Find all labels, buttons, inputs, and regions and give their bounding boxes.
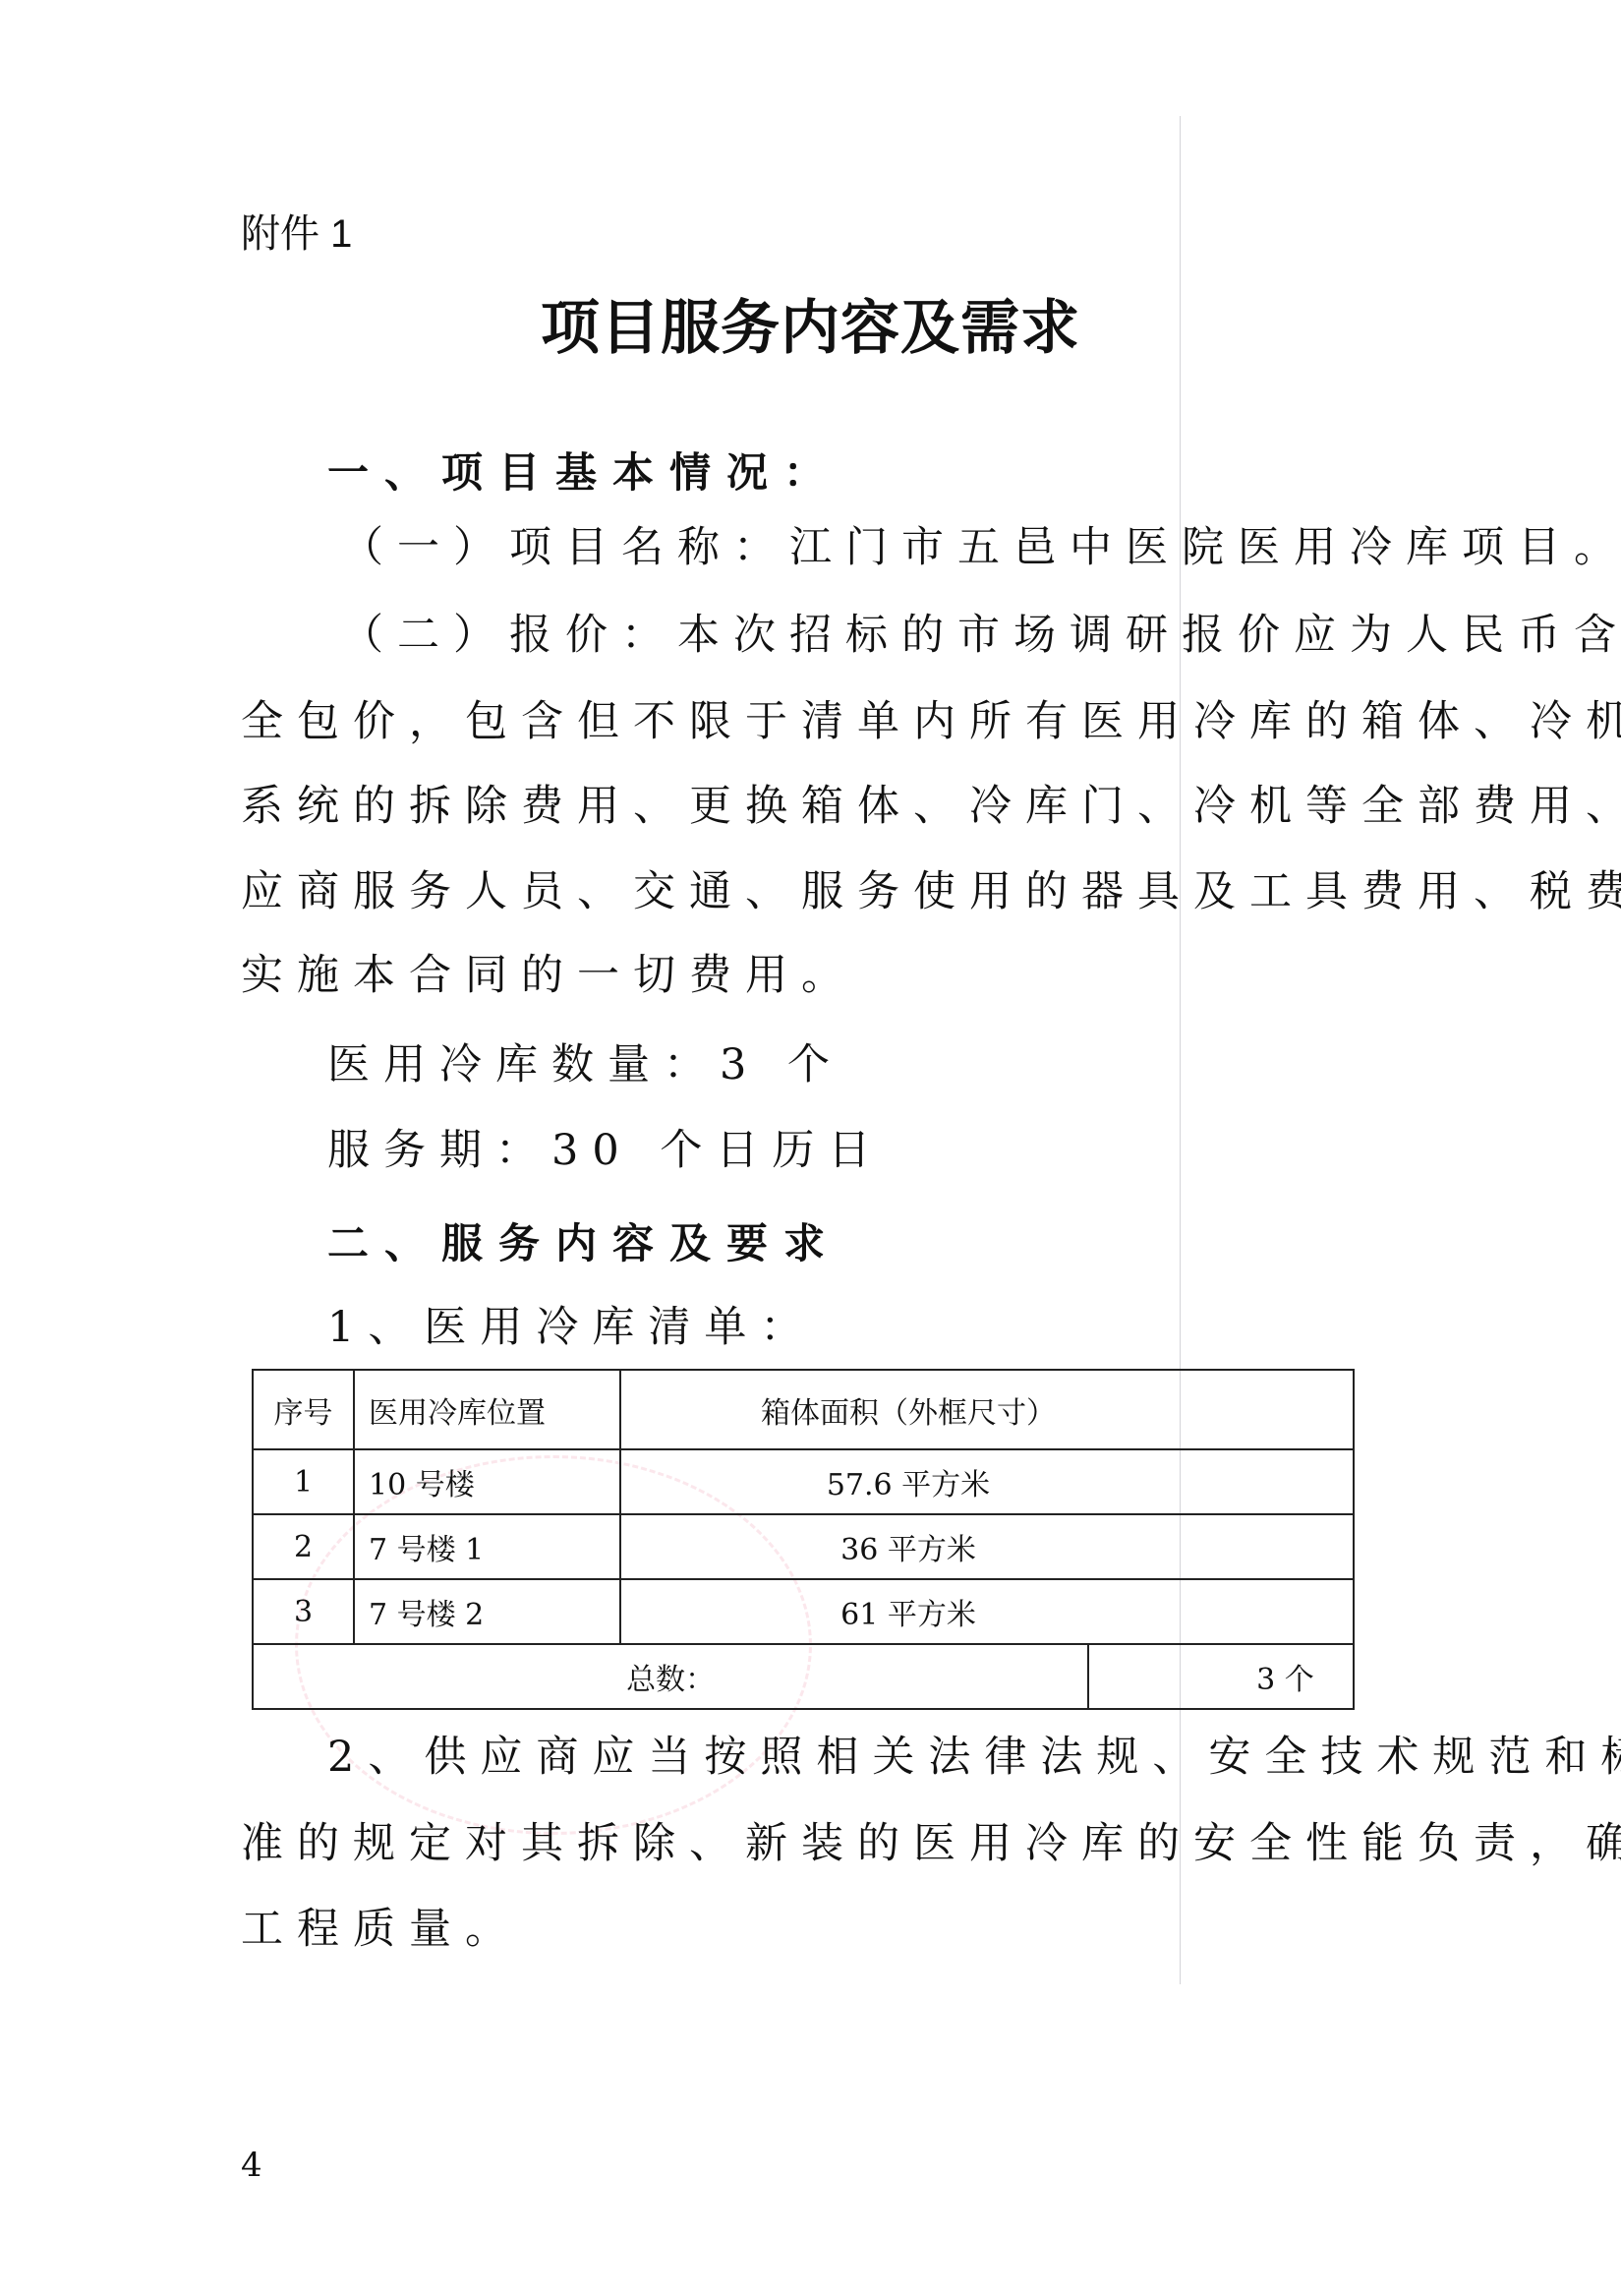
- page-title: 项目服务内容及需求: [0, 281, 1621, 366]
- total-value: 3 个: [1088, 1644, 1354, 1709]
- cell-area: 36 平方米: [620, 1514, 1354, 1579]
- cell-index: 1: [253, 1449, 354, 1514]
- section2-heading: 二、服务内容及要求: [327, 1211, 840, 1270]
- table-row: 3 7 号楼 2 61 平方米: [253, 1579, 1354, 1644]
- cell-location: 10 号楼: [354, 1449, 620, 1514]
- list-title: 1、医用冷库清单：: [327, 1298, 816, 1357]
- cell-location: 7 号楼 2: [354, 1579, 620, 1644]
- table-header-row: 序号 医用冷库位置 箱体面积（外框尺寸）: [253, 1370, 1354, 1449]
- header-location: 医用冷库位置: [354, 1370, 620, 1449]
- total-label: 总数：: [253, 1644, 1088, 1709]
- header-area-label: 箱体面积（外框尺寸）: [761, 1396, 1056, 1431]
- cold-storage-table: 序号 医用冷库位置 箱体面积（外框尺寸） 1 10 号楼 57.6 平方米 2 …: [252, 1369, 1355, 1710]
- supplier-line-1: 2、供应商应当按照相关法律法规、安全技术规范和标: [327, 1728, 1621, 1787]
- header-area: 箱体面积（外框尺寸）: [620, 1370, 1354, 1449]
- cell-area: 61 平方米: [620, 1579, 1354, 1644]
- quote-line-5: 实施本合同的一切费用。: [241, 946, 857, 1005]
- table-row: 1 10 号楼 57.6 平方米: [253, 1449, 1354, 1514]
- cell-area-value: 36 平方米: [840, 1533, 976, 1567]
- table-row: 2 7 号楼 1 36 平方米: [253, 1514, 1354, 1579]
- attachment-label: 附件 1: [241, 203, 352, 259]
- service-period-line: 服务期：30 个日历日: [327, 1121, 884, 1180]
- table-total-row: 总数： 3 个: [253, 1644, 1354, 1709]
- quote-line-2: 全包价，包含但不限于清单内所有医用冷库的箱体、冷机及: [241, 692, 1621, 751]
- cell-area-value: 57.6 平方米: [827, 1468, 990, 1502]
- quantity-line: 医用冷库数量：3 个: [327, 1035, 843, 1094]
- cell-area-value: 61 平方米: [840, 1598, 976, 1632]
- supplier-line-3: 工程质量。: [241, 1900, 521, 1959]
- quote-line-3: 系统的拆除费用、更换箱体、冷库门、冷机等全部费用、供: [241, 777, 1621, 836]
- quote-line-1: （二）报价：本次招标的市场调研报价应为人民币含税: [341, 606, 1621, 665]
- page-number: 4: [241, 2146, 262, 2185]
- header-index: 序号: [253, 1370, 354, 1449]
- quote-line-4: 应商服务人员、交通、服务使用的器具及工具费用、税费等: [241, 862, 1621, 921]
- cell-index: 3: [253, 1579, 354, 1644]
- cell-index: 2: [253, 1514, 354, 1579]
- supplier-line-2: 准的规定对其拆除、新装的医用冷库的安全性能负责，确保: [241, 1814, 1621, 1873]
- cell-location: 7 号楼 1: [354, 1514, 620, 1579]
- section1-heading: 一、项目基本情况：: [327, 441, 840, 500]
- project-name-line: （一）项目名称：江门市五邑中医院医用冷库项目。: [341, 518, 1621, 577]
- cell-area: 57.6 平方米: [620, 1449, 1354, 1514]
